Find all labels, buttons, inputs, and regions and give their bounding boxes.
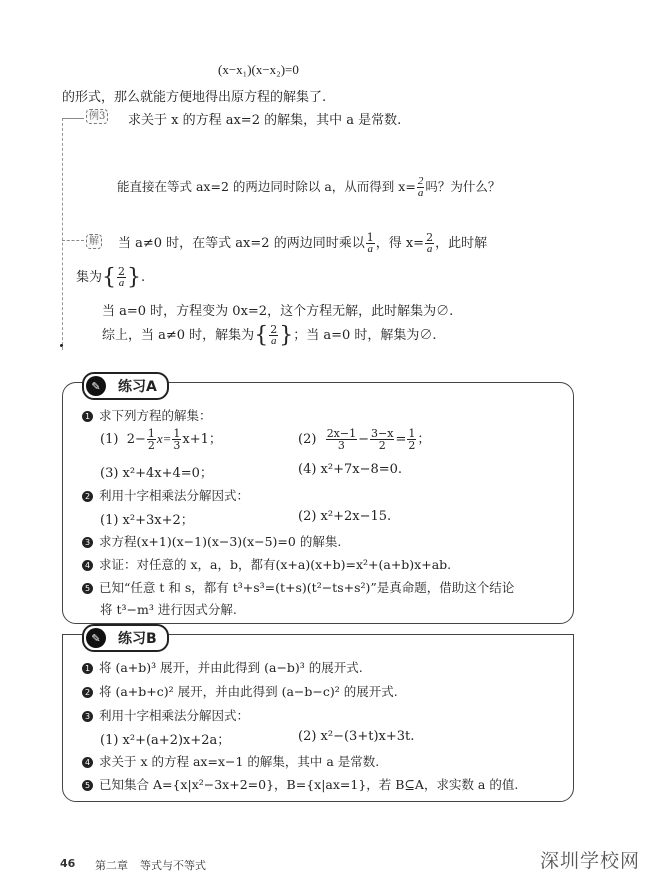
- fraction: 2a: [117, 266, 126, 289]
- exercise-a-item-5-cont: 将 t³−m³ 进行因式分解.: [100, 600, 237, 618]
- example-bracket-line: [62, 118, 64, 350]
- exercise-b-item-2: 2将 (a+b+c)² 展开，并由此得到 (a−b−c)² 的展开式.: [82, 682, 398, 700]
- think-question: 能直接在等式 ax=2 的两边同时除以 a，从而得到 x=2a吗？为什么？: [117, 176, 500, 199]
- solution-line-4: 综上，当 a≠0 时，解集为{2a}；当 a=0 时，解集为∅.: [102, 323, 437, 348]
- exercise-a-item-3: 3求方程(x+1)(x−1)(x−3)(x−5)=0 的解集.: [82, 532, 341, 550]
- intro-formula: (x−x₁)(x−x₂)=0: [218, 62, 299, 78]
- example-bracket-top: [62, 118, 84, 119]
- page-number: 46: [60, 857, 75, 870]
- exercise-a-item-4: 4求证：对任意的 x，a，b，都有(x+a)(x+b)=x²+(a+b)x+ab…: [82, 555, 451, 573]
- exercise-b-item-1: 1将 (a+b)³ 展开，并由此得到 (a−b)³ 的展开式.: [82, 658, 363, 676]
- fraction: 12: [147, 428, 156, 451]
- intro-sentence: 的形式，那么就能方便地得出原方程的解集了.: [62, 86, 326, 105]
- exercise-a-item-5: 5已知“任意 t 和 s，都有 t³+s³=(t+s)(t²−ts+s²)”是真…: [82, 578, 514, 596]
- number-5-icon: 5: [82, 583, 93, 594]
- exercise-a-q2-p2: (2) x²+2x−15.: [298, 509, 391, 524]
- example-problem: 求关于 x 的方程 ax=2 的解集，其中 a 是常数.: [128, 109, 401, 128]
- exercise-b-q3-p2: (2) x²−(3+t)x+3t.: [298, 729, 414, 744]
- fraction: 12: [407, 428, 416, 451]
- exercise-b-header: ✎ 练习B: [82, 624, 169, 652]
- number-3-icon: 3: [82, 537, 93, 548]
- fraction: 2x−13: [326, 428, 357, 451]
- bullet-dot: [60, 344, 63, 347]
- number-3-icon: 3: [82, 711, 93, 722]
- solution-line-3: 当 a=0 时，方程变为 0x=2，这个方程无解，此时解集为∅.: [102, 300, 453, 319]
- fraction: 1a: [366, 232, 375, 255]
- exercise-a-item-1: 1求下列方程的解集：: [82, 406, 212, 424]
- fraction: 2a: [269, 324, 278, 347]
- number-2-icon: 2: [82, 491, 93, 502]
- chapter-title: 等式与不等式: [140, 857, 206, 873]
- solution-tag: 解: [86, 234, 102, 249]
- solution-bracket: [62, 240, 84, 241]
- number-2-icon: 2: [82, 687, 93, 698]
- exercise-b-item-3: 3利用十字相乘法分解因式：: [82, 706, 249, 724]
- pencil-icon: ✎: [86, 376, 106, 396]
- number-4-icon: 4: [82, 757, 93, 768]
- fraction: 2a: [425, 232, 434, 255]
- fraction: 13: [172, 428, 181, 451]
- watermark: 深圳学校网: [540, 846, 640, 873]
- exercise-a-q1-p3: (3) x²+4x+4=0；: [100, 462, 213, 481]
- solution-line-1: 当 a≠0 时，在等式 ax=2 的两边同时乘以1a，得 x=2a，此时解: [118, 232, 487, 255]
- exercise-a-item-2: 2利用十字相乘法分解因式：: [82, 486, 249, 504]
- example-tag: 例3: [86, 109, 108, 124]
- fraction: 2a: [417, 176, 425, 199]
- exercise-a-q1-p1: (1) 2−12x=13x+1；: [100, 428, 222, 451]
- fraction: 3−x2: [370, 428, 394, 451]
- exercise-a-q1-p2: (2) 2x−13−3−x2=12；: [298, 428, 430, 451]
- exercise-b-q3-p1: (1) x²+(a+2)x+2a；: [100, 729, 230, 748]
- exercise-b-item-5: 5已知集合 A={x|x²−3x+2=0}，B={x|ax=1}，若 B⊆A，求…: [82, 775, 518, 793]
- exercise-a-q2-p1: (1) x²+3x+2；: [100, 509, 194, 528]
- pencil-icon: ✎: [86, 628, 106, 648]
- number-1-icon: 1: [82, 411, 93, 422]
- number-1-icon: 1: [82, 663, 93, 674]
- exercise-a-header: ✎ 练习A: [82, 372, 169, 400]
- number-4-icon: 4: [82, 560, 93, 571]
- number-5-icon: 5: [82, 780, 93, 791]
- exercise-a-q1-p4: (4) x²+7x−8=0.: [298, 462, 402, 477]
- exercise-b-item-4: 4求关于 x 的方程 ax=x−1 的解集，其中 a 是常数.: [82, 752, 379, 770]
- solution-line-2: 集为{2a}.: [76, 265, 145, 290]
- chapter-label: 第二章: [95, 857, 128, 873]
